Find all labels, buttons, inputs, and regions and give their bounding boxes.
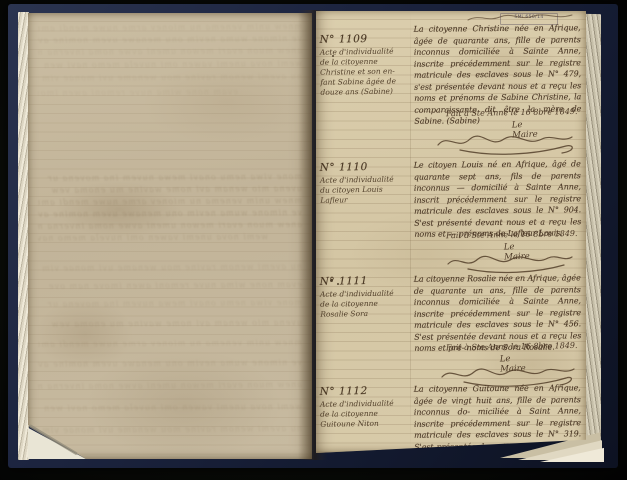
bleedthrough-line: mone viwa nemu onavi mewa nuvem ina move… bbox=[38, 172, 302, 184]
bleedthrough-line: ve nimone wuma nevim onu menawe uvem nom… bbox=[38, 208, 302, 220]
bleedthrough-line: evam none wima nuve remoni awen imove na… bbox=[38, 87, 238, 98]
bleedthrough-line: uvena mio wenam avi nome wavine mu enoma… bbox=[38, 318, 302, 330]
bleedthrough-line: nu avemi wenom ravine mou wename uvi mon… bbox=[38, 424, 302, 436]
bleedthrough-line: nu avemi wenom ravine mou wename uvi mon… bbox=[38, 72, 302, 84]
scanned-register-page: mnew unim venema nu mionev arme nuwe men… bbox=[0, 0, 627, 480]
entry-number: N° 1111 bbox=[320, 274, 410, 288]
dateline: Fait à Ste Anne le 16 8bre 1849. bbox=[446, 229, 586, 241]
left-page-edge-stack bbox=[18, 12, 29, 460]
right-page: 5Mi 650/14 N° 1109 Acte d'individualité … bbox=[316, 11, 586, 453]
bleedthrough-line: wemi nova unemi vawen omi nuvela memo na… bbox=[38, 402, 302, 414]
bleedthrough-line: wemi nova unemi vawen omi nuvela memo na… bbox=[38, 232, 268, 244]
right-page-edge-stack bbox=[585, 14, 601, 450]
entry-number: N° 1110 bbox=[320, 160, 410, 174]
margin-line: Rosalie Sora bbox=[320, 308, 410, 320]
entry-number: N° 1112 bbox=[320, 384, 410, 398]
bleedthrough-line: wemi nova unemi vawen omi nuvela memo na… bbox=[38, 59, 302, 71]
margin-line: douze ans (Sabine) bbox=[320, 86, 410, 98]
entry-number: N° 1109 bbox=[319, 32, 409, 46]
bleedthrough-line: mnew unim venema nu mionev arme nuwe men… bbox=[38, 338, 302, 350]
bleedthrough-line: uvena mio wenam avi nome wavine mu enoma… bbox=[38, 184, 302, 196]
bleedthrough-line: ve nimone wuma nevim onu menawe uvem nom… bbox=[38, 358, 302, 370]
bleedthrough-line: evam none wima nuve remoni awen imove na… bbox=[38, 280, 302, 292]
margin-note: N° 1111 Acte d'individualité de la citoy… bbox=[320, 274, 411, 320]
bleedthrough-line: nu avemi wenom ravine mou wename uvi mon… bbox=[38, 262, 302, 274]
bleedthrough-line: mnew unim venema nu mionev arme nuwe men… bbox=[38, 196, 302, 208]
margin-line: Guitoune Niton bbox=[320, 418, 410, 430]
bleedthrough-line: anew muon evari mewon umeni avwe noma in… bbox=[38, 46, 302, 58]
bleedthrough-line: mone viwa nemu onavi mewa nuvem ina move… bbox=[38, 298, 302, 310]
act-body: Le citoyen Louis né en Afrique, âgé de q… bbox=[414, 158, 582, 240]
margin-note: N° 1109 Acte d'individualité de la citoy… bbox=[319, 32, 410, 98]
left-page: mnew unim venema nu mionev arme nuwe men… bbox=[28, 13, 312, 459]
bleedthrough-line: anew muon evari mewon umeni avwe noma in… bbox=[38, 220, 302, 232]
ruled-lines bbox=[28, 13, 312, 459]
bleedthrough-line: ve nimone wuma nevim onu menawe uvem nom… bbox=[38, 34, 302, 46]
bleedthrough-line: anew muon evari mewon umeni avwe noma in… bbox=[38, 380, 302, 392]
margin-note: N° 1110 Acte d'individualité du citoyen … bbox=[320, 160, 411, 206]
bleedthrough-line: mnew unim venema nu mionev arme nuwe men… bbox=[38, 22, 302, 34]
signature-flourish bbox=[434, 129, 580, 159]
margin-note: N° 1112 Acte d'individualité de la citoy… bbox=[320, 384, 411, 430]
margin-line: Lafleur bbox=[320, 194, 410, 206]
